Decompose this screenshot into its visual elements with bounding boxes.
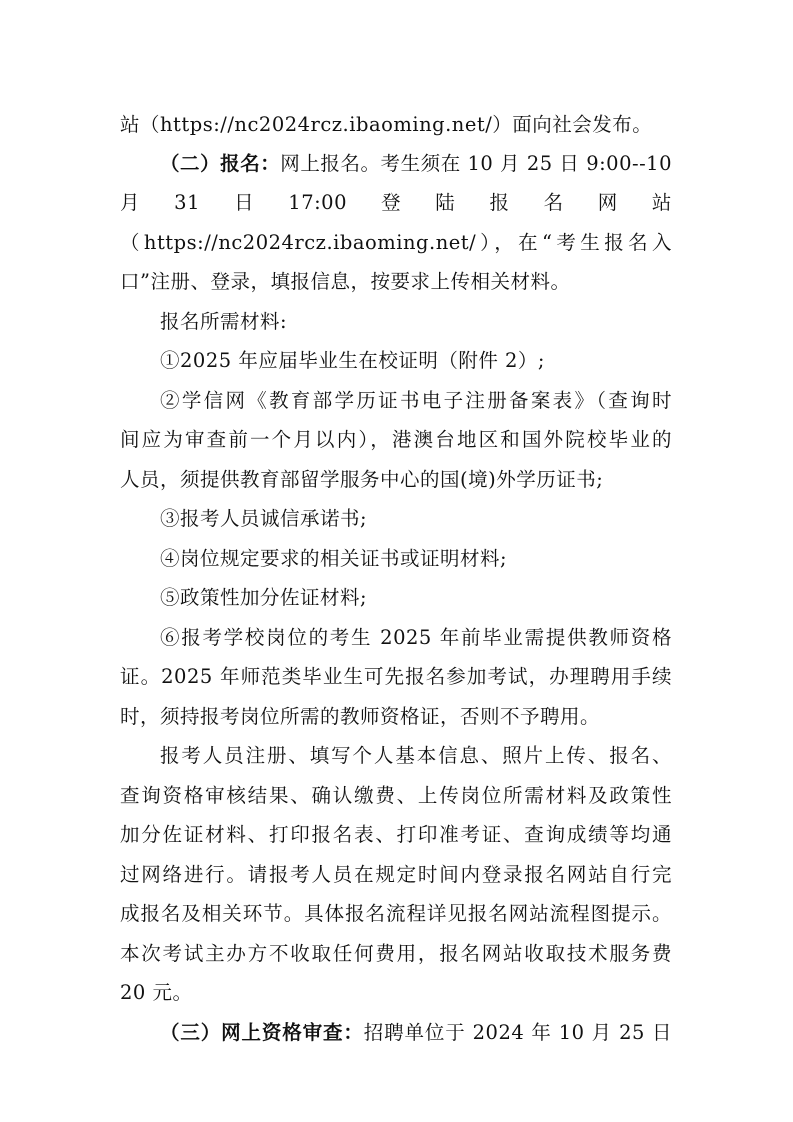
- text-line-15: 证。2025 年师范类毕业生可先报名参加考试，办理聘用手续: [120, 662, 672, 692]
- text-line-21: 成报名及相关环节。具体报名流程详见报名网站流程图提示。: [120, 899, 672, 929]
- text-span: 招聘单位于 2024 年 10 月 25 日: [364, 1021, 672, 1044]
- text-line-1: 站（https://nc2024rcz.ibaoming.net/）面向社会发布…: [120, 110, 672, 140]
- word: 陆: [435, 188, 455, 218]
- text-line-22: 本次考试主办方不收取任何费用，报名网站收取技术服务费: [120, 939, 672, 969]
- text-line-18: 查询资格审核结果、确认缴费、上传岗位所需材料及政策性: [120, 781, 672, 811]
- section-registration-line: （二）报名：网上报名。考生须在 10 月 25 日 9:00--10: [160, 149, 672, 179]
- text-line-19: 加分佐证材料、打印报名表、打印准考证、查询成绩等均通: [120, 820, 672, 850]
- text-line-3: 月 31 日 17:00 登 陆 报 名 网 站: [120, 188, 672, 218]
- text-line-9: 间应为审查前一个月以内），港澳台地区和国外院校毕业的: [120, 425, 672, 455]
- text-line-16: 时，须持报考岗位所需的教师资格证，否则不予聘用。: [120, 702, 672, 732]
- material-item-2: ②学信网《教育部学历证书电子注册备案表》（查询时: [160, 386, 672, 416]
- process-paragraph-start: 报考人员注册、填写个人基本信息、照片上传、报名、: [160, 741, 672, 771]
- section-heading-registration: （二）报名：: [160, 152, 280, 175]
- word: 31: [174, 188, 200, 218]
- word: 日: [234, 188, 254, 218]
- text-line-4: （https://nc2024rcz.ibaoming.net/），在“考生报名…: [120, 228, 672, 258]
- text-span: 网上报名。考生须在 10 月 25 日 9:00--10: [280, 152, 672, 175]
- word: 月: [120, 188, 140, 218]
- word: 名: [544, 188, 564, 218]
- text-line-20: 过网络进行。请报考人员在规定时间内登录报名网站自行完: [120, 860, 672, 890]
- text-line-23: 20 元。: [120, 978, 672, 1008]
- section-review-line: （三）网上资格审查：招聘单位于 2024 年 10 月 25 日: [160, 1018, 672, 1048]
- material-item-6: ⑥报考学校岗位的考生 2025 年前毕业需提供教师资格: [160, 623, 672, 653]
- word: 登: [381, 188, 401, 218]
- text-line-10: 人员，须提供教育部留学服务中心的国(境)外学历证书;: [120, 465, 672, 495]
- word: 站: [652, 188, 672, 218]
- text-line-5: 口”注册、登录，填报信息，按要求上传相关材料。: [120, 267, 672, 297]
- material-item-4: ④岗位规定要求的相关证书或证明材料;: [160, 544, 672, 574]
- material-item-3: ③报考人员诚信承诺书;: [160, 504, 672, 534]
- word: 报: [489, 188, 509, 218]
- material-item-5: ⑤政策性加分佐证材料;: [160, 583, 672, 613]
- word: 17:00: [288, 188, 347, 218]
- section-heading-review: （三）网上资格审查：: [160, 1021, 364, 1044]
- word: 网: [598, 188, 618, 218]
- materials-heading: 报名所需材料:: [160, 307, 672, 337]
- document-page: 站（https://nc2024rcz.ibaoming.net/）面向社会发布…: [0, 0, 793, 1122]
- material-item-1: ①2025 年应届毕业生在校证明（附件 2）;: [160, 346, 672, 376]
